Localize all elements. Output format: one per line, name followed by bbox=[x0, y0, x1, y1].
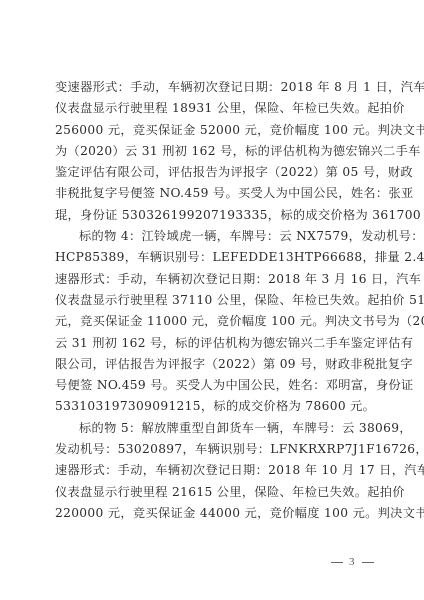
text-line: 仪表盘显示行驶里程 37110 公里，保险、年检已失效。起拍价 51000 bbox=[55, 290, 373, 311]
footer-dash-left bbox=[331, 562, 343, 563]
page-footer: 3 bbox=[325, 556, 380, 568]
text-line: 仪表盘显示行驶里程 18931 公里，保险、年检已失效。起拍价 bbox=[55, 98, 373, 119]
text-line: 发动机号：53020897，车辆识别号：LFNKRXRP7J1F16726，变 bbox=[55, 439, 373, 460]
document-page: 变速器形式：手动，车辆初次登记日期：2018 年 8 月 1 日，汽车仪表盘显示… bbox=[0, 0, 424, 600]
text-line: 变速器形式：手动，车辆初次登记日期：2018 年 8 月 1 日，汽车 bbox=[55, 77, 373, 98]
text-line: 速器形式：手动，车辆初次登记日期：2018 年 3 月 16 日，汽车 bbox=[55, 269, 373, 290]
page-number: 3 bbox=[349, 556, 356, 568]
text-line: 标的物 4：江铃域虎一辆，车牌号：云 NX7579，发动机号： bbox=[55, 226, 373, 247]
text-line: HCP85389，车辆识别号：LEFEDDE13HTP66688，排量 2.4L… bbox=[55, 247, 373, 268]
text-line: 标的物 5：解放牌重型自卸货车一辆，车牌号：云 38069， bbox=[55, 418, 373, 439]
footer-dash-right bbox=[362, 562, 374, 563]
text-line: 256000 元，竞买保证金 52000 元，竞价幅度 100 元。判决文书号 bbox=[55, 120, 373, 141]
text-line: 元，竞买保证金 11000 元，竞价幅度 100 元。判决文书号为（2020） bbox=[55, 311, 373, 332]
text-line: 仪表盘显示行驶里程 21615 公里，保险、年检已失效。起拍价 bbox=[55, 482, 373, 503]
text-line: 鉴定评估有限公司，评估报告为评报字（2022）第 05 号，财政 bbox=[55, 162, 373, 183]
text-line: 限公司，评估报告为评报字（2022）第 09 号，财政非税批复字 bbox=[55, 354, 373, 375]
text-line: 速器形式：手动，车辆初次登记日期：2018 年 10 月 17 日，汽车 bbox=[55, 460, 373, 481]
text-line: 非税批复字号便签 NO.459 号。买受人为中国公民，姓名：张亚 bbox=[55, 183, 373, 204]
text-line: 云 31 刑初 162 号，标的评估机构为德宏锦兴二手车鉴定评估有 bbox=[55, 333, 373, 354]
text-line: 琨，身份证 530326199207193335，标的成交价格为 361700 … bbox=[55, 205, 373, 226]
document-body: 变速器形式：手动，车辆初次登记日期：2018 年 8 月 1 日，汽车仪表盘显示… bbox=[55, 77, 373, 524]
text-line: 533103197309091215，标的成交价格为 78600 元。 bbox=[55, 396, 373, 417]
text-line: 为（2020）云 31 刑初 162 号，标的评估机构为德宏锦兴二手车 bbox=[55, 141, 373, 162]
text-line: 号便签 NO.459 号。买受人为中国公民，姓名：邓明富，身份证 bbox=[55, 375, 373, 396]
text-line: 220000 元，竞买保证金 44000 元，竞价幅度 100 元。判决文书号 bbox=[55, 503, 373, 524]
